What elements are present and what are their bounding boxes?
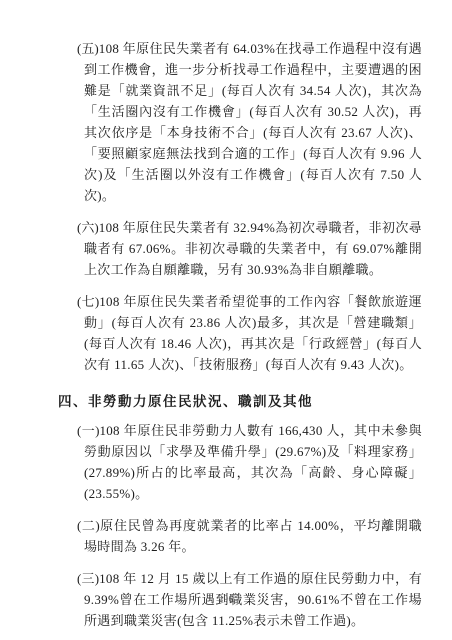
paragraph-item-7: (七)108 年原住民失業者希望從事的工作內容「餐飲旅遊運動」(每百人次有 23… [84, 291, 422, 375]
paragraph-item-6: (六)108 年原住民失業者有 32.94%為初次尋職者，非初次尋職者有 67.… [84, 217, 422, 280]
page-number: 296 [0, 594, 452, 604]
paragraph-item-1: (一)108 年原住民非勞動力人數有 166,430 人，其中未參與勞動原因以「… [84, 420, 422, 504]
paragraph-text: 108 年原住民失業者有 64.03%在找尋工作過程中沒有遇到工作機會，進一步分… [84, 41, 422, 203]
document-page: (五)108 年原住民失業者有 64.03%在找尋工作過程中沒有遇到工作機會，進… [0, 0, 452, 640]
section-heading: 四、非勞動力原住民狀況、職訓及其他 [58, 391, 422, 412]
paragraph-label: (六) [77, 220, 99, 235]
paragraph-label: (二) [77, 518, 100, 533]
paragraph-text: 108 年原住民失業者有 32.94%為初次尋職者，非初次尋職者有 67.06%… [84, 220, 422, 277]
paragraph-label: (三) [77, 571, 99, 586]
paragraph-label: (七) [77, 294, 99, 309]
paragraph-label: (一) [77, 423, 99, 438]
paragraph-item-2: (二)原住民曾為再度就業者的比率占 14.00%，平均離開職場時間為 3.26 … [84, 515, 422, 557]
paragraph-text: 108 年原住民失業者希望從事的工作內容「餐飲旅遊運動」(每百人次有 23.86… [84, 294, 422, 372]
paragraph-label: (五) [77, 41, 99, 56]
page-content: (五)108 年原住民失業者有 64.03%在找尋工作過程中沒有遇到工作機會，進… [0, 38, 422, 640]
paragraph-text: 108 年原住民非勞動力人數有 166,430 人，其中未參與勞動原因以「求學及… [84, 423, 422, 501]
paragraph-item-5: (五)108 年原住民失業者有 64.03%在找尋工作過程中沒有遇到工作機會，進… [84, 38, 422, 206]
paragraph-text: 原住民曾為再度就業者的比率占 14.00%，平均離開職場時間為 3.26 年。 [84, 518, 422, 554]
